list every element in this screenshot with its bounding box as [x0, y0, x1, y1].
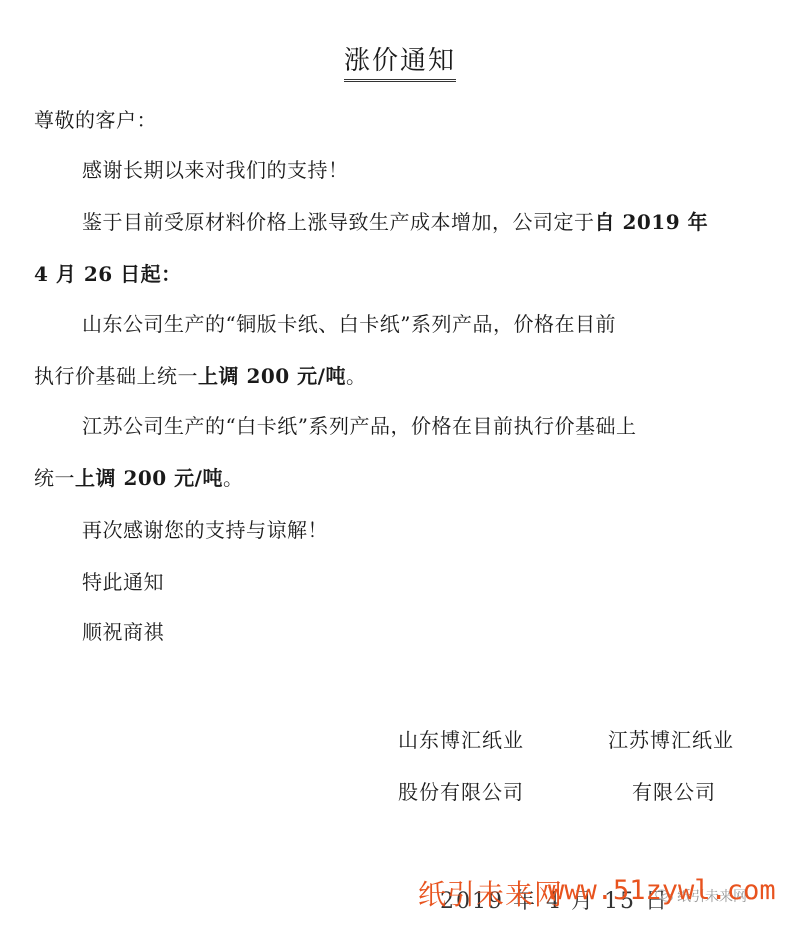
closing-notice: 特此通知 [82, 566, 164, 595]
para1-line1: 鉴于目前受原材料价格上涨导致生产成本增加，公司定于自 2019 年 [82, 206, 708, 235]
site-name-watermark: 纸引未来网 [418, 873, 563, 913]
period: 。 [346, 364, 367, 388]
para2-line1: 山东公司生产的“铜版卡纸、白卡纸”系列产品，价格在目前 [82, 308, 616, 337]
effective-year: 自 2019 年 [595, 210, 709, 234]
jiangsu-price-increase: 上调 200 元/吨 [75, 466, 223, 490]
period: 。 [223, 466, 244, 490]
closing-regards: 顺祝商祺 [82, 616, 164, 645]
para3-text: 统一 [34, 466, 75, 490]
signature-shandong-line1: 山东博汇纸业 [398, 724, 524, 753]
signature-jiangsu-line1: 江苏博汇纸业 [608, 724, 734, 753]
site-url-watermark: www.51zywl.com [548, 875, 776, 906]
thanks-line: 感谢长期以来对我们的支持！ [82, 154, 349, 183]
salutation: 尊敬的客户： [34, 104, 157, 133]
closing-thanks: 再次感谢您的支持与谅解！ [82, 514, 328, 543]
para1-text: 鉴于目前受原材料价格上涨导致生产成本增加，公司定于 [82, 210, 595, 234]
title-text: 涨价通知 [344, 40, 456, 82]
notice-title: 涨价通知 [0, 40, 800, 82]
para2-line2: 执行价基础上统一上调 200 元/吨。 [34, 360, 366, 389]
para2-text: 执行价基础上统一 [34, 364, 198, 388]
notice-document: 涨价通知 尊敬的客户： 感谢长期以来对我们的支持！ 鉴于目前受原材料价格上涨导致… [0, 0, 800, 933]
signature-jiangsu-line2: 有限公司 [632, 776, 716, 805]
para3-line1: 江苏公司生产的“白卡纸”系列产品，价格在目前执行价基础上 [82, 410, 636, 439]
para3-line2: 统一上调 200 元/吨。 [34, 462, 243, 491]
shandong-price-increase: 上调 200 元/吨 [198, 364, 346, 388]
signature-shandong-line2: 股份有限公司 [398, 776, 524, 805]
effective-date: 4 月 26 日起： [34, 258, 182, 287]
